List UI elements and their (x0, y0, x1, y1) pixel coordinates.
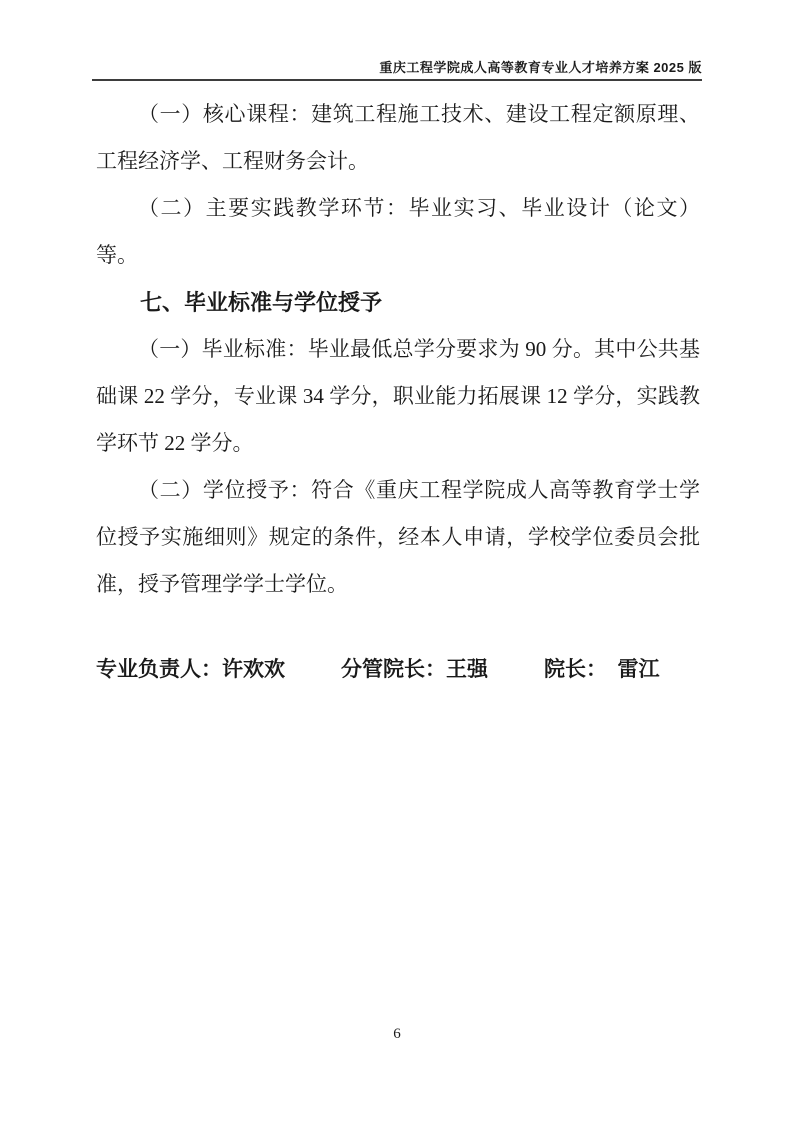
page-footer: 6 (0, 1024, 794, 1044)
section-heading-graduation-degree: 七、毕业标准与学位授予 (96, 279, 700, 326)
signature-program-lead: 专业负责人：许欢欢 (96, 646, 285, 693)
page-header: 重庆工程学院成人高等教育专业人才培养方案 2025 版 (92, 0, 702, 81)
paragraph-practice-teaching: （二）主要实践教学环节：毕业实习、毕业设计（论文）等。 (96, 185, 700, 279)
document-page: 重庆工程学院成人高等教育专业人才培养方案 2025 版 （一）核心课程：建筑工程… (0, 0, 794, 1122)
document-body: （一）核心课程：建筑工程施工技术、建设工程定额原理、工程经济学、工程财务会计。 … (96, 91, 700, 693)
paragraph-degree-award: （二）学位授予：符合《重庆工程学院成人高等教育学士学位授予实施细则》规定的条件，… (96, 467, 700, 608)
paragraph-graduation-standard: （一）毕业标准：毕业最低总学分要求为 90 分。其中公共基础课 22 学分，专业… (96, 326, 700, 467)
signature-deputy-dean: 分管院长：王强 (341, 646, 488, 693)
signature-dean: 院长： 雷江 (544, 646, 660, 693)
paragraph-core-courses: （一）核心课程：建筑工程施工技术、建设工程定额原理、工程经济学、工程财务会计。 (96, 91, 700, 185)
page-number: 6 (393, 1026, 401, 1042)
signature-line: 专业负责人：许欢欢 分管院长：王强 院长： 雷江 (96, 646, 700, 693)
header-title: 重庆工程学院成人高等教育专业人才培养方案 2025 版 (379, 60, 702, 75)
